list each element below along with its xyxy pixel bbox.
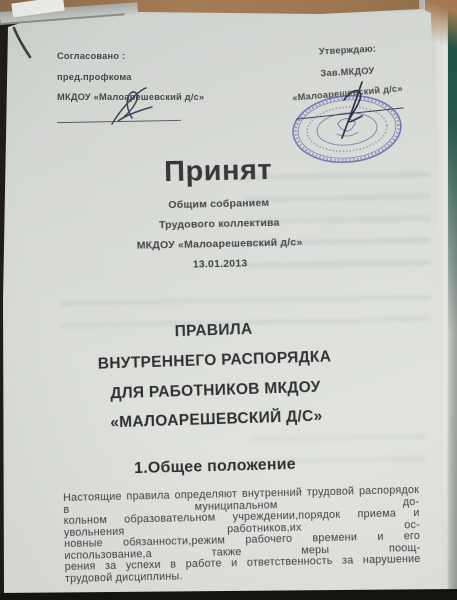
main-title-block: ПРАВИЛА ВНУТРЕННЕГО РАСПОРЯДКА ДЛЯ РАБОТ… [7,316,422,436]
accepted-line3: МКДОУ «Малоарешевский д/с» [10,234,430,255]
approval-left-title: Согласовано : [57,51,125,62]
approval-right-title: Утверждаю: [295,42,400,58]
section-paragraph: Настоящие правила определяют внутренний … [63,484,421,584]
main-title-line4: «МАЛОАРЕШЕВСКИЙ Д/С» [10,405,422,436]
signature-left [92,84,172,128]
document-photo: Согласовано : пред.профкома МКДОУ «Малоа… [0,0,457,600]
accepted-block: Принят Общим собранием Трудового коллект… [8,151,430,275]
accepted-title: Принят [8,151,429,193]
pen-stroke-mark [10,26,36,60]
main-title-line3: ДЛЯ РАБОТНИКОВ МКДОУ [9,376,421,407]
document-page: Согласовано : пред.профкома МКДОУ «Малоа… [0,0,457,600]
main-title-line1: ПРАВИЛА [7,316,419,347]
signature-right [322,78,384,142]
main-title-line2: ВНУТРЕННЕГО РАСПОРЯДКА [8,346,420,377]
section-heading: 1.Общее положение [9,453,421,482]
accepted-date: 13.01.2013 [10,254,430,275]
folder-cover-edge [448,4,457,334]
accepted-line2: Трудового коллектива [9,214,429,235]
accepted-line1: Общим собранием [9,194,429,215]
approval-left-role: пред.профкома [57,72,132,83]
